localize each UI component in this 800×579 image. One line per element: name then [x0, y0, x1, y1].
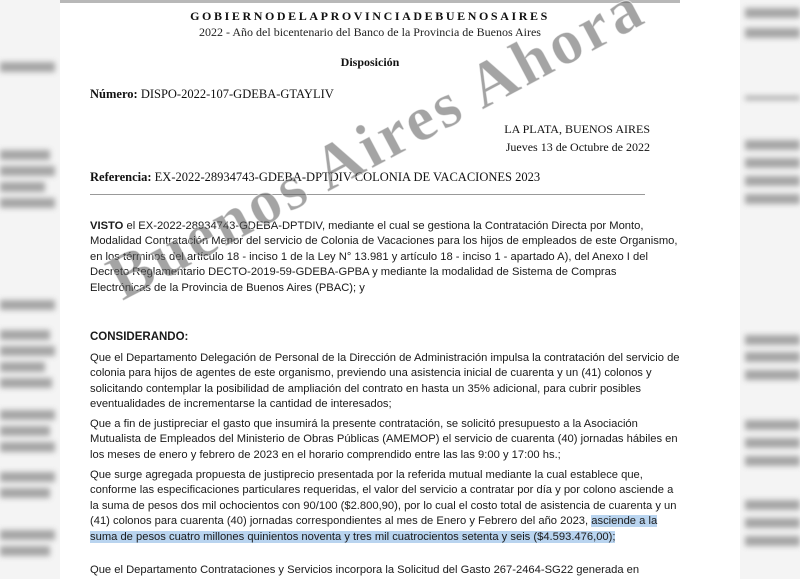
visto-text: el EX-2022-28934743-GDEBA-DPTDIV, median…: [90, 220, 677, 294]
blurred-background-right: [740, 0, 800, 579]
reference: Referencia: EX-2022-28934743-GDEBA-DPTDI…: [90, 170, 540, 185]
reference-value: EX-2022-28934743-GDEBA-DPTDIV COLONIA DE…: [155, 170, 540, 184]
document-page: GOBIERNODELAPROVINCIADEBUENOSAIRES 2022 …: [60, 0, 680, 579]
document-date: Jueves 13 de Octubre de 2022: [504, 138, 650, 156]
considerando-heading: CONSIDERANDO:: [90, 330, 680, 345]
government-title: GOBIERNODELAPROVINCIADEBUENOSAIRES: [60, 9, 680, 24]
considerando-paragraph-4: Que el Departamento Contrataciones y Ser…: [90, 563, 680, 578]
document-number: Número: DISPO-2022-107-GDEBA-GTAYLIV: [90, 87, 334, 102]
document-type: Disposición: [60, 55, 680, 70]
considerando-paragraph-3: Que surge agregada propuesta de justipre…: [90, 468, 680, 545]
document-number-value: DISPO-2022-107-GDEBA-GTAYLIV: [141, 87, 334, 101]
place-and-date: LA PLATA, BUENOS AIRES Jueves 13 de Octu…: [504, 120, 650, 156]
paragraph-3-text: Que surge agregada propuesta de justipre…: [90, 469, 676, 527]
government-subtitle: 2022 - Año del bicentenario del Banco de…: [60, 25, 680, 40]
document-number-label: Número:: [90, 87, 138, 101]
place-city: LA PLATA, BUENOS AIRES: [504, 120, 650, 138]
visto-paragraph: VISTO el EX-2022-28934743-GDEBA-DPTDIV, …: [90, 219, 680, 296]
blurred-background-left: [0, 0, 60, 579]
visto-lead: VISTO: [90, 220, 123, 232]
reference-label: Referencia:: [90, 170, 152, 184]
considerando-paragraph-2: Que a fin de justipreciar el gasto que i…: [90, 417, 680, 463]
considerando-paragraph-1: Que el Departamento Delegación de Person…: [90, 351, 680, 413]
divider: [90, 194, 645, 195]
